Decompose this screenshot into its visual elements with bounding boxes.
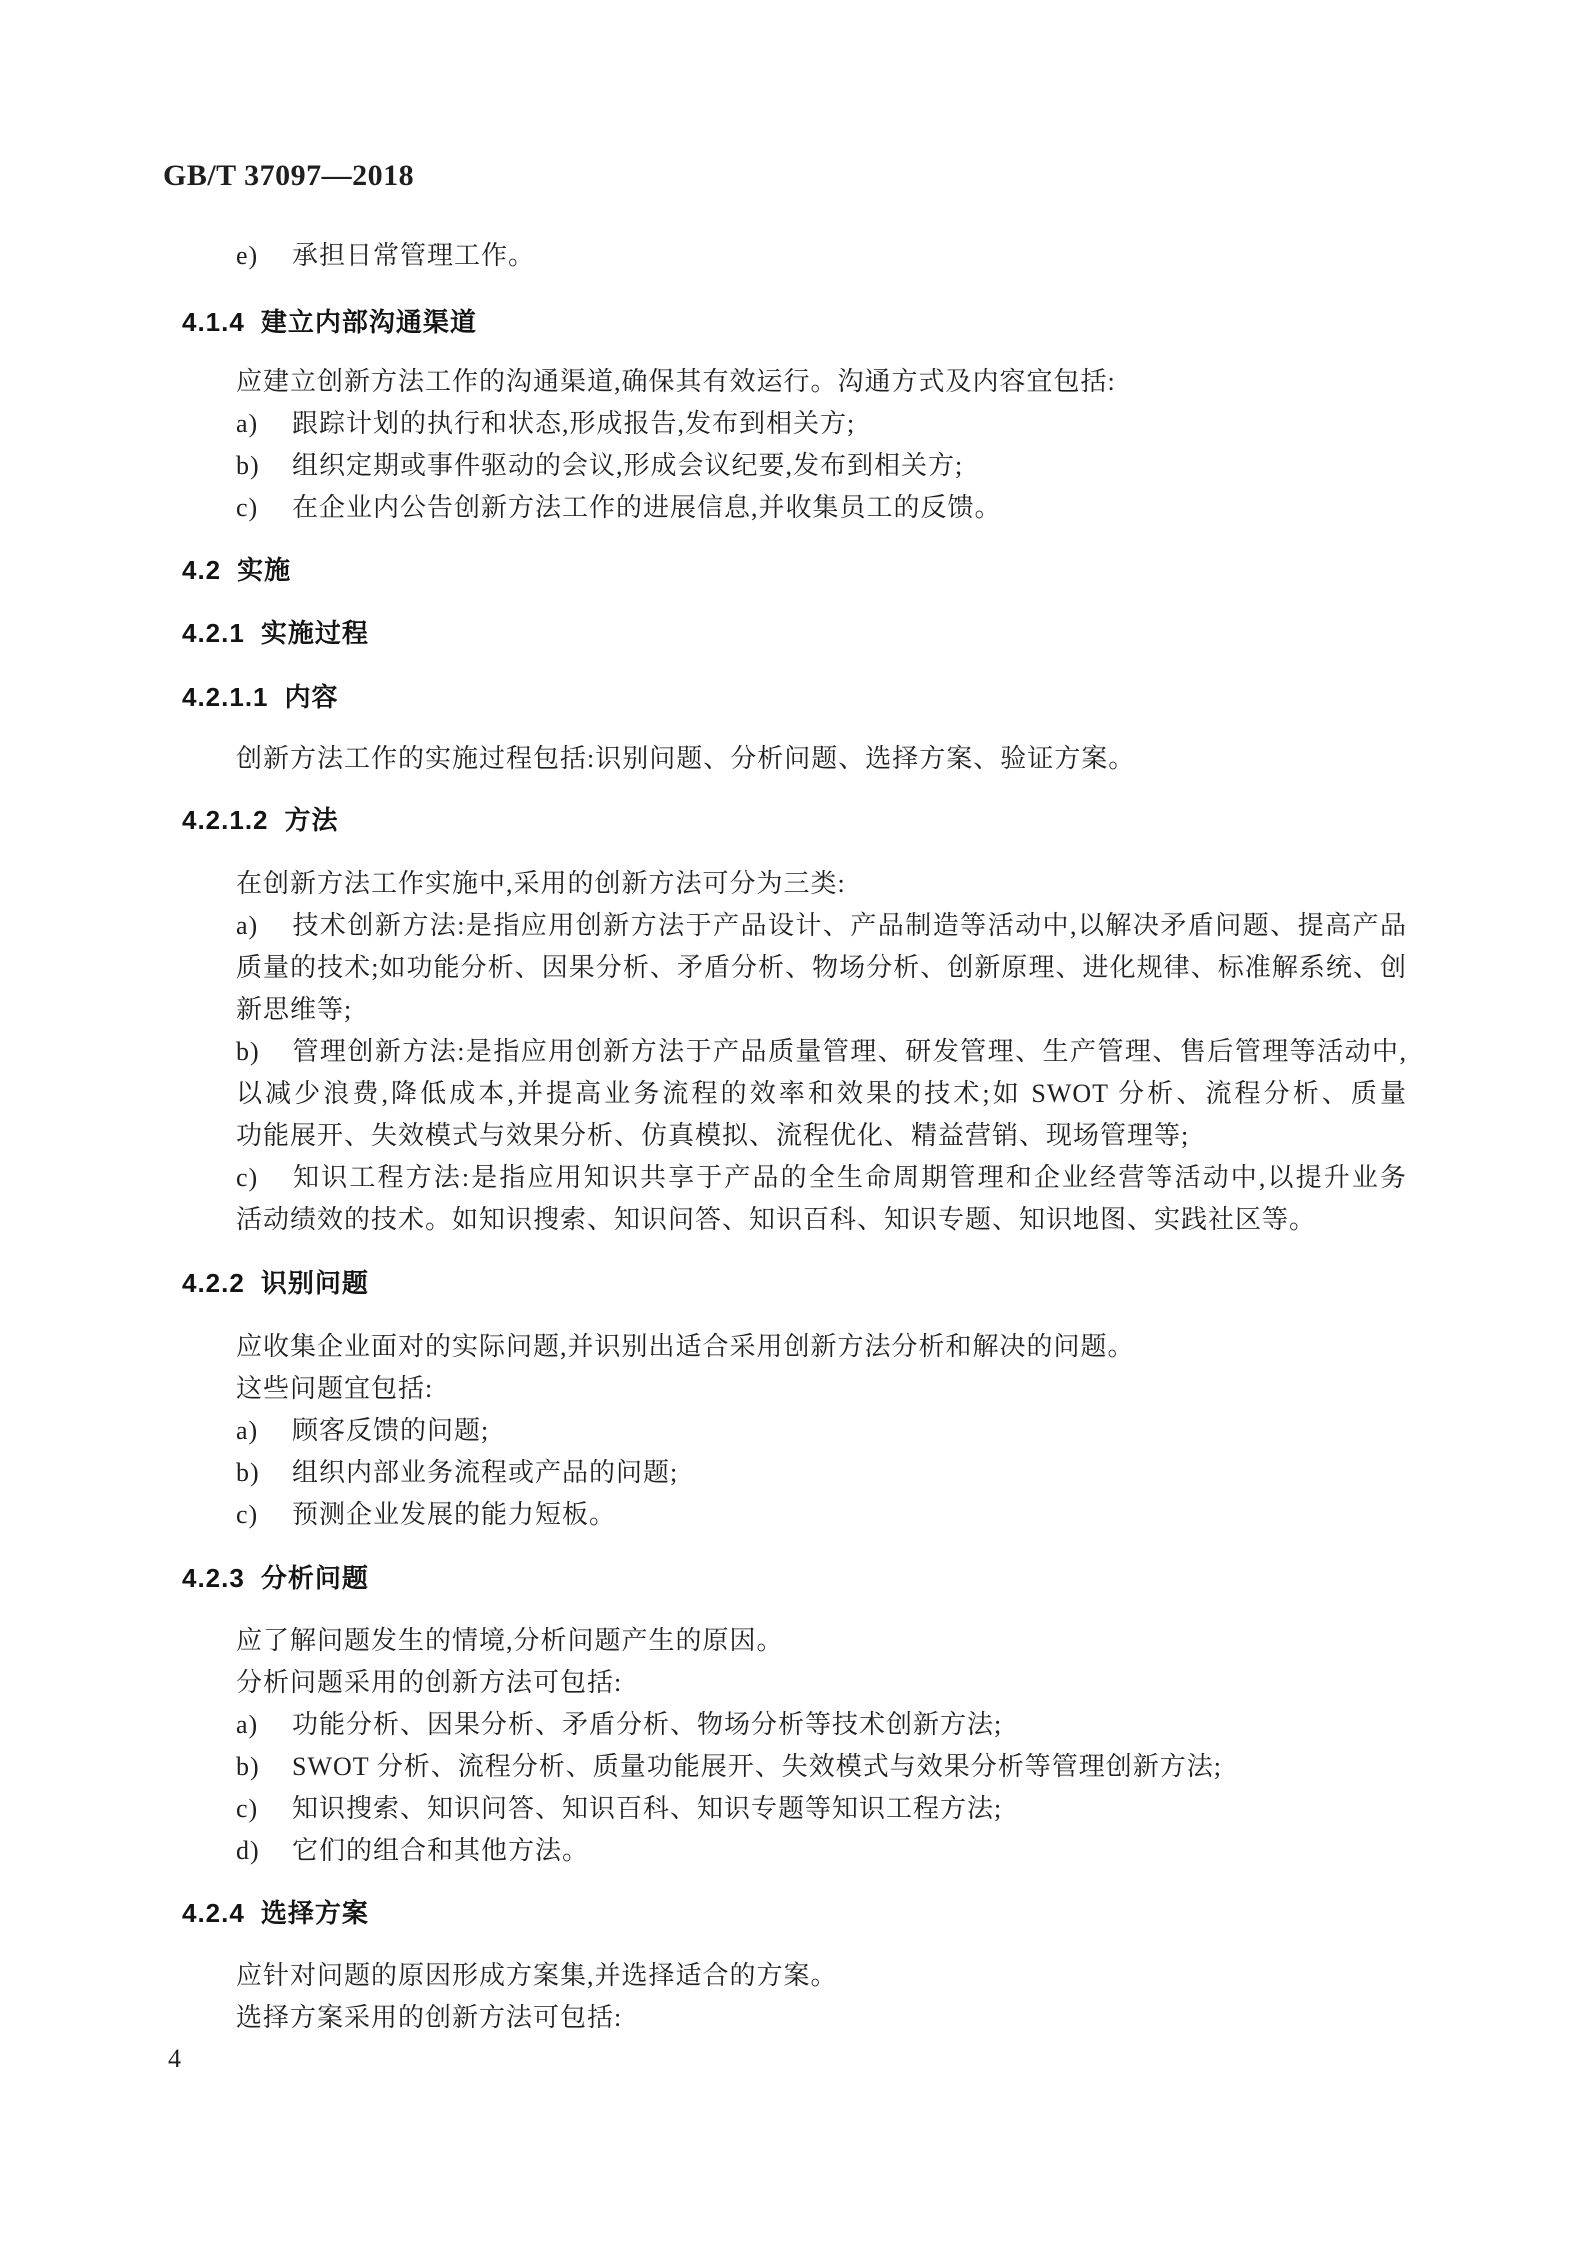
- list-text: SWOT 分析、流程分析、质量功能展开、失效模式与效果分析等管理创新方法;: [292, 1752, 1222, 1781]
- list-marker: c): [236, 1494, 292, 1536]
- list-text: 它们的组合和其他方法。: [292, 1836, 589, 1865]
- section-heading-4-2-4: 4.2.4选择方案: [182, 1892, 369, 1934]
- paragraph: 应针对问题的原因形成方案集,并选择适合的方案。: [236, 1955, 838, 1997]
- list-text: 在企业内公告创新方法工作的进展信息,并收集员工的反馈。: [292, 493, 1002, 522]
- paragraph: 应收集企业面对的实际问题,并识别出适合采用创新方法分析和解决的问题。: [236, 1326, 1135, 1368]
- heading-title: 实施: [237, 555, 291, 585]
- heading-number: 4.2.1: [182, 618, 245, 648]
- list-text: 技术创新方法:是指应用创新方法于产品设计、产品制造等活动中,以解决矛盾问题、提高…: [292, 911, 1407, 940]
- heading-title: 分析问题: [261, 1563, 369, 1593]
- heading-number: 4.2.1.2: [182, 805, 269, 835]
- list-text: 承担日常管理工作。: [292, 241, 535, 270]
- list-item-continuation: 活动绩效的技术。如知识搜索、知识问答、知识百科、知识专题、知识地图、实践社区等。: [236, 1199, 1316, 1241]
- list-text: 功能分析、因果分析、矛盾分析、物场分析等技术创新方法;: [292, 1710, 1002, 1739]
- document-page: GB/T 37097—2018 e)承担日常管理工作。 4.1.4建立内部沟通渠…: [0, 0, 1587, 2243]
- heading-title: 内容: [285, 682, 339, 712]
- list-text: 跟踪计划的执行和状态,形成报告,发布到相关方;: [292, 409, 855, 438]
- list-item: a)顾客反馈的问题;: [236, 1410, 489, 1452]
- paragraph: 分析问题采用的创新方法可包括:: [236, 1662, 622, 1704]
- list-text: 预测企业发展的能力短板。: [292, 1500, 616, 1529]
- list-marker: b): [236, 445, 292, 487]
- list-text: 管理创新方法:是指应用创新方法于产品质量管理、研发管理、生产管理、售后管理等活动…: [292, 1037, 1407, 1066]
- list-item: e)承担日常管理工作。: [236, 235, 535, 277]
- section-heading-4-2-1-2: 4.2.1.2方法: [182, 799, 339, 841]
- heading-title: 识别问题: [261, 1268, 369, 1298]
- list-item: c)知识搜索、知识问答、知识百科、知识专题等知识工程方法;: [236, 1788, 1002, 1830]
- list-item: b)SWOT 分析、流程分析、质量功能展开、失效模式与效果分析等管理创新方法;: [236, 1746, 1222, 1788]
- list-text: 知识工程方法:是指应用知识共享于产品的全生命周期管理和企业经营等活动中,以提升业…: [292, 1163, 1407, 1192]
- section-heading-4-2: 4.2实施: [182, 549, 291, 591]
- list-marker: c): [236, 487, 292, 529]
- list-text: 组织内部业务流程或产品的问题;: [292, 1458, 678, 1487]
- list-item: c)在企业内公告创新方法工作的进展信息,并收集员工的反馈。: [236, 487, 1002, 529]
- section-heading-4-1-4: 4.1.4建立内部沟通渠道: [182, 301, 477, 343]
- list-marker: a): [236, 403, 292, 445]
- page-number: 4: [168, 2038, 182, 2080]
- list-item: a)跟踪计划的执行和状态,形成报告,发布到相关方;: [236, 403, 855, 445]
- list-text: 组织定期或事件驱动的会议,形成会议纪要,发布到相关方;: [292, 451, 963, 480]
- standard-number-header: GB/T 37097—2018: [163, 155, 414, 197]
- heading-number: 4.2.1.1: [182, 682, 269, 712]
- paragraph: 应了解问题发生的情境,分析问题产生的原因。: [236, 1620, 784, 1662]
- heading-number: 4.2.2: [182, 1268, 245, 1298]
- list-marker: a): [236, 1704, 292, 1746]
- heading-title: 实施过程: [261, 618, 369, 648]
- list-item: d)它们的组合和其他方法。: [236, 1830, 589, 1872]
- heading-title: 建立内部沟通渠道: [261, 307, 477, 337]
- list-text: 顾客反馈的问题;: [292, 1416, 489, 1445]
- section-heading-4-2-2: 4.2.2识别问题: [182, 1262, 369, 1304]
- paragraph: 应建立创新方法工作的沟通渠道,确保其有效运行。沟通方式及内容宜包括:: [236, 361, 1116, 403]
- heading-number: 4.2: [182, 555, 221, 585]
- list-marker: b): [236, 1452, 292, 1494]
- list-item-continuation: 质量的技术;如功能分析、因果分析、矛盾分析、物场分析、创新原理、进化规律、标准解…: [236, 947, 1407, 989]
- list-marker: a): [236, 905, 292, 947]
- paragraph: 创新方法工作的实施过程包括:识别问题、分析问题、选择方案、验证方案。: [236, 738, 1135, 780]
- list-marker: c): [236, 1157, 292, 1199]
- section-heading-4-2-1: 4.2.1实施过程: [182, 612, 369, 654]
- list-marker: e): [236, 235, 292, 277]
- list-marker: c): [236, 1788, 292, 1830]
- paragraph: 选择方案采用的创新方法可包括:: [236, 1997, 622, 2039]
- list-marker: a): [236, 1410, 292, 1452]
- heading-number: 4.2.3: [182, 1563, 245, 1593]
- paragraph: 在创新方法工作实施中,采用的创新方法可分为三类:: [236, 863, 846, 905]
- paragraph: 这些问题宜包括:: [236, 1368, 433, 1410]
- list-item: a)功能分析、因果分析、矛盾分析、物场分析等技术创新方法;: [236, 1704, 1002, 1746]
- section-heading-4-2-1-1: 4.2.1.1内容: [182, 676, 339, 718]
- heading-number: 4.1.4: [182, 307, 245, 337]
- list-marker: b): [236, 1746, 292, 1788]
- list-item-continuation: 功能展开、失效模式与效果分析、仿真模拟、流程优化、精益营销、现场管理等;: [236, 1115, 1189, 1157]
- list-item-continuation: 以减少浪费,降低成本,并提高业务流程的效率和效果的技术;如 SWOT 分析、流程…: [236, 1073, 1407, 1115]
- list-item: b)管理创新方法:是指应用创新方法于产品质量管理、研发管理、生产管理、售后管理等…: [236, 1031, 1407, 1073]
- heading-title: 选择方案: [261, 1898, 369, 1928]
- section-heading-4-2-3: 4.2.3分析问题: [182, 1557, 369, 1599]
- list-item: c)预测企业发展的能力短板。: [236, 1494, 616, 1536]
- list-item: b)组织定期或事件驱动的会议,形成会议纪要,发布到相关方;: [236, 445, 963, 487]
- list-marker: d): [236, 1830, 292, 1872]
- heading-number: 4.2.4: [182, 1898, 245, 1928]
- heading-title: 方法: [285, 805, 339, 835]
- list-text: 知识搜索、知识问答、知识百科、知识专题等知识工程方法;: [292, 1794, 1002, 1823]
- list-item: b)组织内部业务流程或产品的问题;: [236, 1452, 678, 1494]
- list-marker: b): [236, 1031, 292, 1073]
- list-item: c)知识工程方法:是指应用知识共享于产品的全生命周期管理和企业经营等活动中,以提…: [236, 1157, 1407, 1199]
- list-item: a)技术创新方法:是指应用创新方法于产品设计、产品制造等活动中,以解决矛盾问题、…: [236, 905, 1407, 947]
- list-item-continuation: 新思维等;: [236, 989, 352, 1031]
